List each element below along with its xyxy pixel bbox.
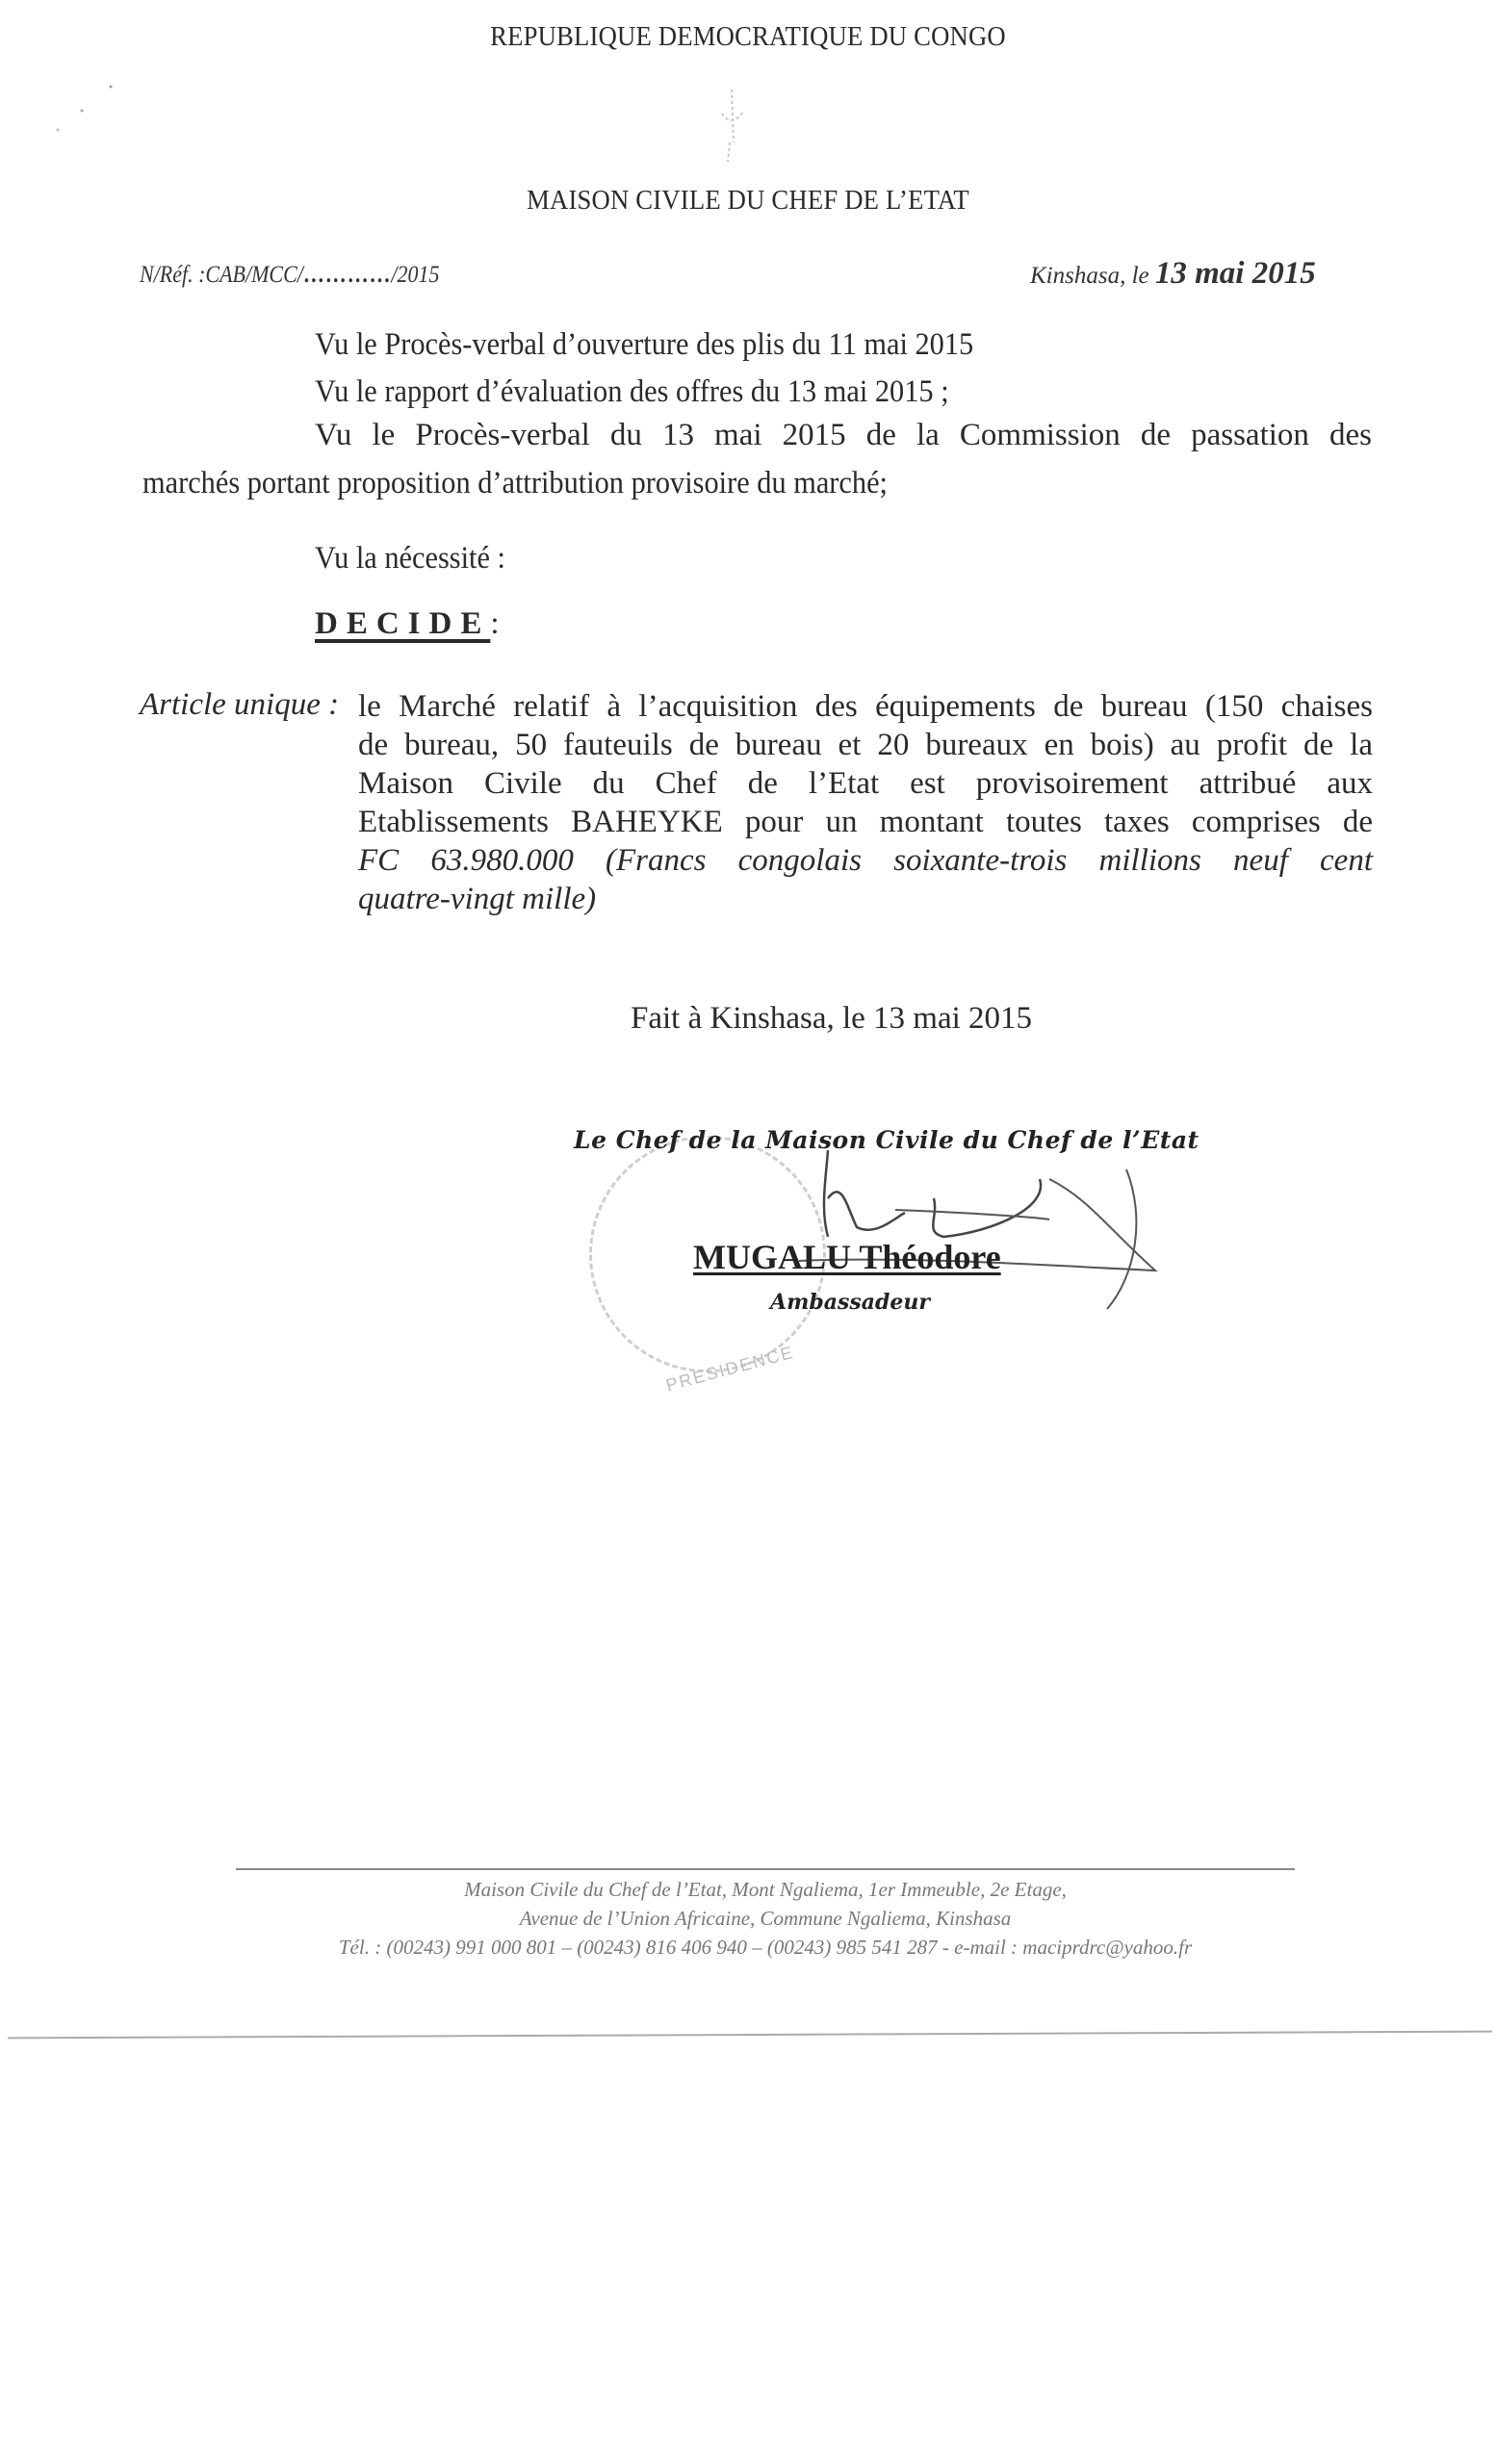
reference-year: /2015 xyxy=(391,262,439,288)
consideration-1: Vu le Procès-verbal d’ouverture des plis… xyxy=(315,325,973,364)
article-line: de bureau, 50 fauteuils de bureau et 20 … xyxy=(358,726,1373,764)
necessity-line: Vu la nécessité : xyxy=(315,539,505,577)
dateline: Kinshasa, le 13 mai 2015 xyxy=(1030,256,1316,292)
institution-header: MAISON CIVILE DU CHEF DE L’ETAT xyxy=(60,185,1436,217)
footer-line-2: Avenue de l’Union Africaine, Commune Nga… xyxy=(212,1904,1319,1933)
article-amount-end: quatre-vingt mille) xyxy=(358,880,1373,918)
reference-number: N/Réf. :CAB/MCC/…………/2015 xyxy=(140,262,440,289)
decision-heading: DECIDE: xyxy=(315,606,500,642)
article-label: Article unique : xyxy=(140,687,339,723)
article-line: le Marché relatif à l’acquisition des éq… xyxy=(358,687,1373,726)
dateline-prefix: Kinshasa, le xyxy=(1030,263,1149,289)
consideration-4: marchés portant proposition d’attributio… xyxy=(142,464,888,502)
decision-title: DECIDE xyxy=(315,606,490,641)
signoff-line: Fait à Kinshasa, le 13 mai 2015 xyxy=(631,1001,1032,1037)
footer-line-3: Tél. : (00243) 991 000 801 – (00243) 816… xyxy=(212,1933,1319,1962)
signatory-role: Ambassadeur xyxy=(770,1290,930,1315)
reference-dots: ………… xyxy=(303,262,392,288)
page-edge-line xyxy=(8,2031,1492,2040)
reference-label: N/Réf. :CAB/MCC/ xyxy=(140,262,303,288)
signatory-name: MUGALU Théodore xyxy=(693,1237,1001,1277)
dateline-date: 13 mai 2015 xyxy=(1155,256,1316,291)
consideration-3: Vu le Procès-verbal du 13 mai 2015 de la… xyxy=(315,416,1372,454)
decision-colon: : xyxy=(490,606,499,641)
scan-specks xyxy=(39,77,154,154)
footer-line-1: Maison Civile du Chef de l’Etat, Mont Ng… xyxy=(212,1875,1319,1904)
article-amount: FC 63.980.000 (Francs congolais soixante… xyxy=(358,841,1373,880)
article-body: le Marché relatif à l’acquisition des éq… xyxy=(358,687,1373,918)
article-line: Etablissements BAHEYKE pour un montant t… xyxy=(358,803,1373,841)
country-header: REPUBLIQUE DEMOCRATIQUE DU CONGO xyxy=(60,21,1436,53)
article-line: Maison Civile du Chef de l’Etat est prov… xyxy=(358,764,1373,803)
consideration-2: Vu le rapport d’évaluation des offres du… xyxy=(315,372,949,411)
footer-address: Maison Civile du Chef de l’Etat, Mont Ng… xyxy=(212,1875,1319,1962)
footer-divider xyxy=(236,1868,1295,1870)
emblem-icon xyxy=(693,85,770,171)
